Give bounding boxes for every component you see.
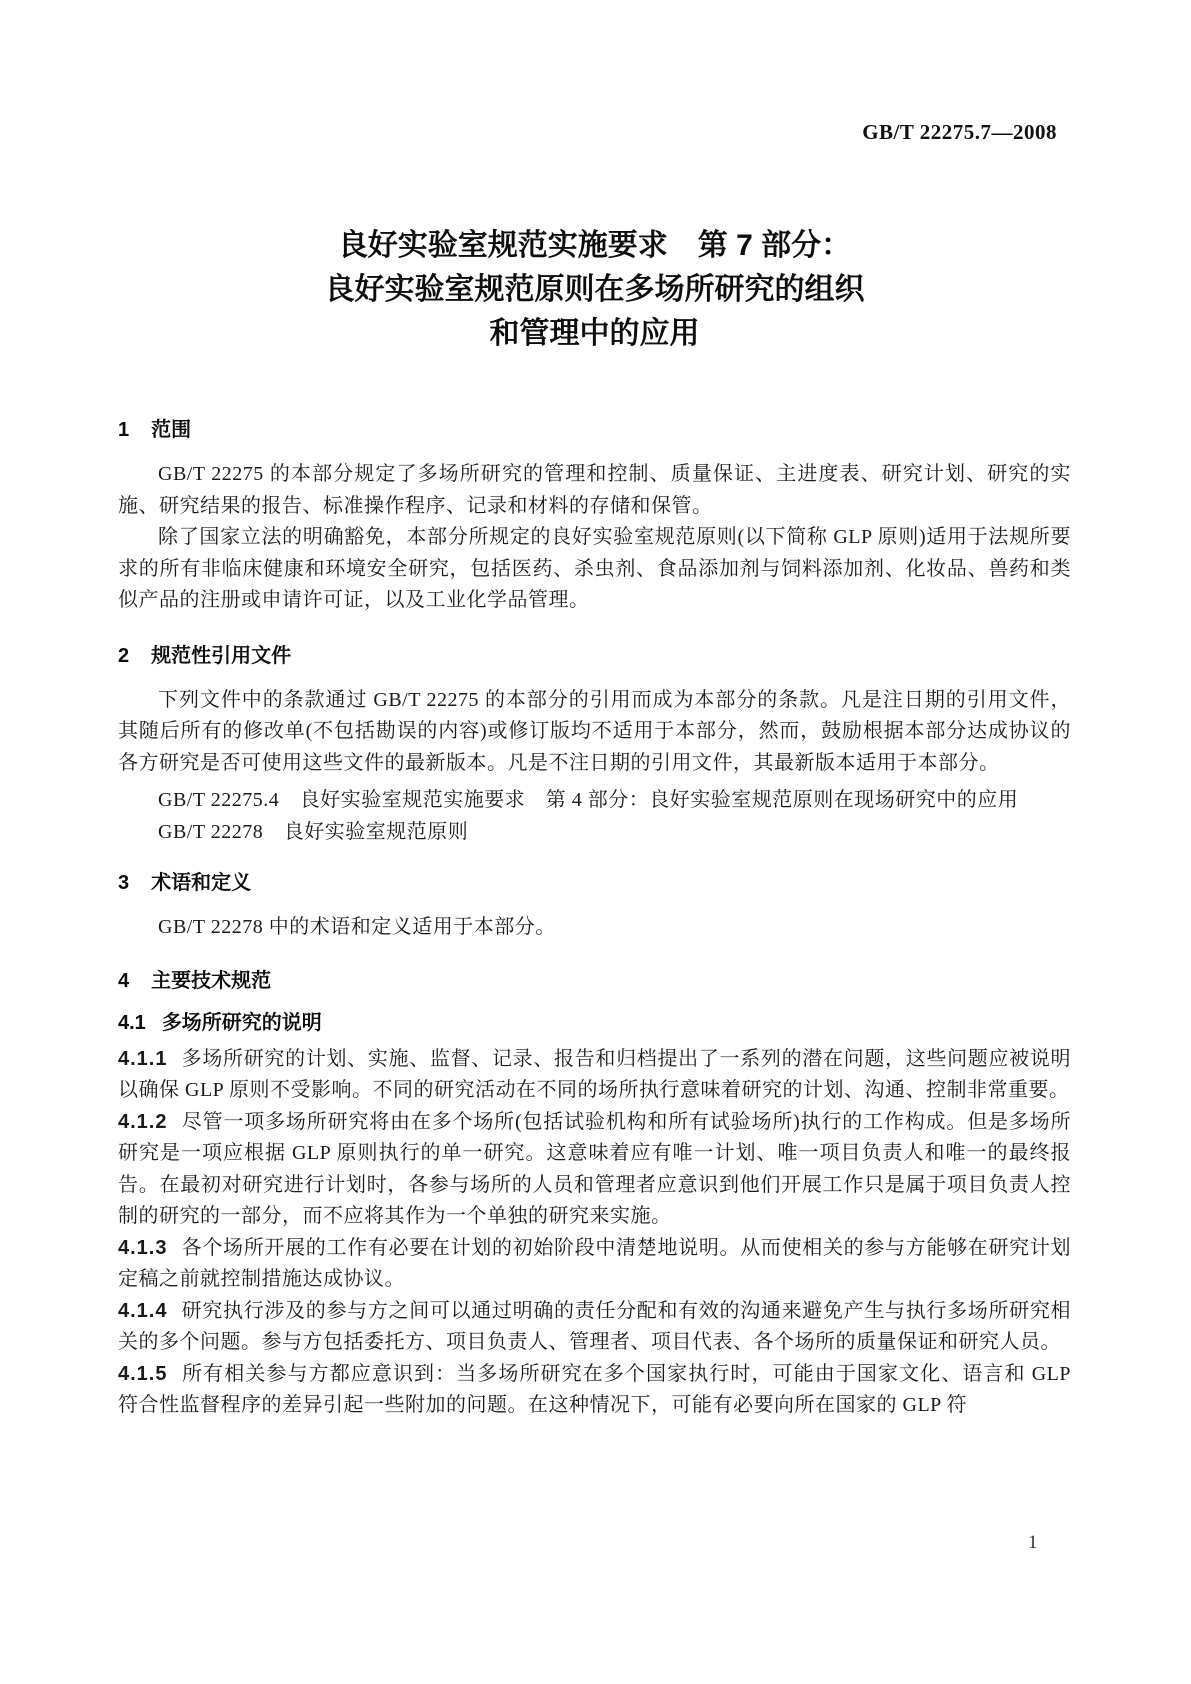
clause-text: 研究执行涉及的参与方之间可以通过明确的责任分配和有效的沟通来避免产生与执行多场所…	[118, 1300, 1071, 1354]
clause-text: 各个场所开展的工作有必要在计划的初始阶段中清楚地说明。从而使相关的参与方能够在研…	[118, 1237, 1071, 1291]
section-heading-main-technical-specs: 4主要技术规范	[118, 968, 1071, 994]
clause-text: 所有相关参与方都应意识到：当多场所研究在多个国家执行时，可能由于国家文化、语言和…	[118, 1363, 1071, 1417]
paragraph: GB/T 22278 中的术语和定义适用于本部分。	[118, 912, 1071, 944]
document-body: 1范围 GB/T 22275 的本部分规定了多场所研究的管理和控制、质量保证、主…	[118, 0, 1071, 1422]
clause: 4.1.4研究执行涉及的参与方之间可以通过明确的责任分配和有效的沟通来避免产生与…	[118, 1296, 1071, 1359]
clause: 4.1.5所有相关参与方都应意识到：当多场所研究在多个国家执行时，可能由于国家文…	[118, 1359, 1071, 1422]
section-number: 4	[118, 970, 129, 992]
section-heading-scope: 1范围	[118, 417, 1071, 443]
clause: 4.1.3各个场所开展的工作有必要在计划的初始阶段中清楚地说明。从而使相关的参与…	[118, 1233, 1071, 1296]
paragraph: 除了国家立法的明确豁免，本部分所规定的良好实验室规范原则(以下简称 GLP 原则…	[118, 522, 1071, 617]
clause: 4.1.1多场所研究的计划、实施、监督、记录、报告和归档提出了一系列的潜在问题，…	[118, 1044, 1071, 1107]
clause-number: 4.1.1	[118, 1048, 167, 1070]
section-heading-terms-definitions: 3术语和定义	[118, 870, 1071, 896]
section-title: 范围	[151, 419, 191, 441]
document-page: GB/T 22275.7—2008 良好实验室规范实施要求 第 7 部分： 良好…	[0, 0, 1191, 1684]
clause-number: 4.1.4	[118, 1300, 167, 1322]
subsection-heading-multisite-study: 4.1多场所研究的说明	[118, 1010, 1071, 1036]
page-number: 1	[1028, 1532, 1038, 1554]
clause-text: 尽管一项多场所研究将由在多个场所(包括试验机构和所有试验场所)执行的工作构成。但…	[118, 1111, 1071, 1228]
section-number: 2	[118, 645, 129, 667]
clause-number: 4.1.5	[118, 1363, 167, 1385]
clause-number: 4.1.2	[118, 1111, 167, 1133]
section-number: 1	[118, 419, 129, 441]
section-number: 3	[118, 872, 129, 894]
paragraph: GB/T 22275 的本部分规定了多场所研究的管理和控制、质量保证、主进度表、…	[118, 459, 1071, 522]
section-title: 术语和定义	[151, 872, 251, 894]
reference-item: GB/T 22278 良好实验室规范原则	[118, 817, 1071, 849]
section-title: 规范性引用文件	[151, 645, 291, 667]
clause-number: 4.1.3	[118, 1237, 167, 1259]
reference-item: GB/T 22275.4 良好实验室规范实施要求 第 4 部分：良好实验室规范原…	[118, 785, 1071, 817]
paragraph: 下列文件中的条款通过 GB/T 22275 的本部分的引用而成为本部分的条款。凡…	[118, 685, 1071, 780]
clause: 4.1.2尽管一项多场所研究将由在多个场所(包括试验机构和所有试验场所)执行的工…	[118, 1107, 1071, 1233]
section-title: 主要技术规范	[151, 970, 271, 992]
subsection-title: 多场所研究的说明	[162, 1012, 322, 1034]
section-heading-normative-references: 2规范性引用文件	[118, 643, 1071, 669]
clause-text: 多场所研究的计划、实施、监督、记录、报告和归档提出了一系列的潜在问题，这些问题应…	[118, 1048, 1071, 1102]
subsection-number: 4.1	[118, 1012, 146, 1034]
